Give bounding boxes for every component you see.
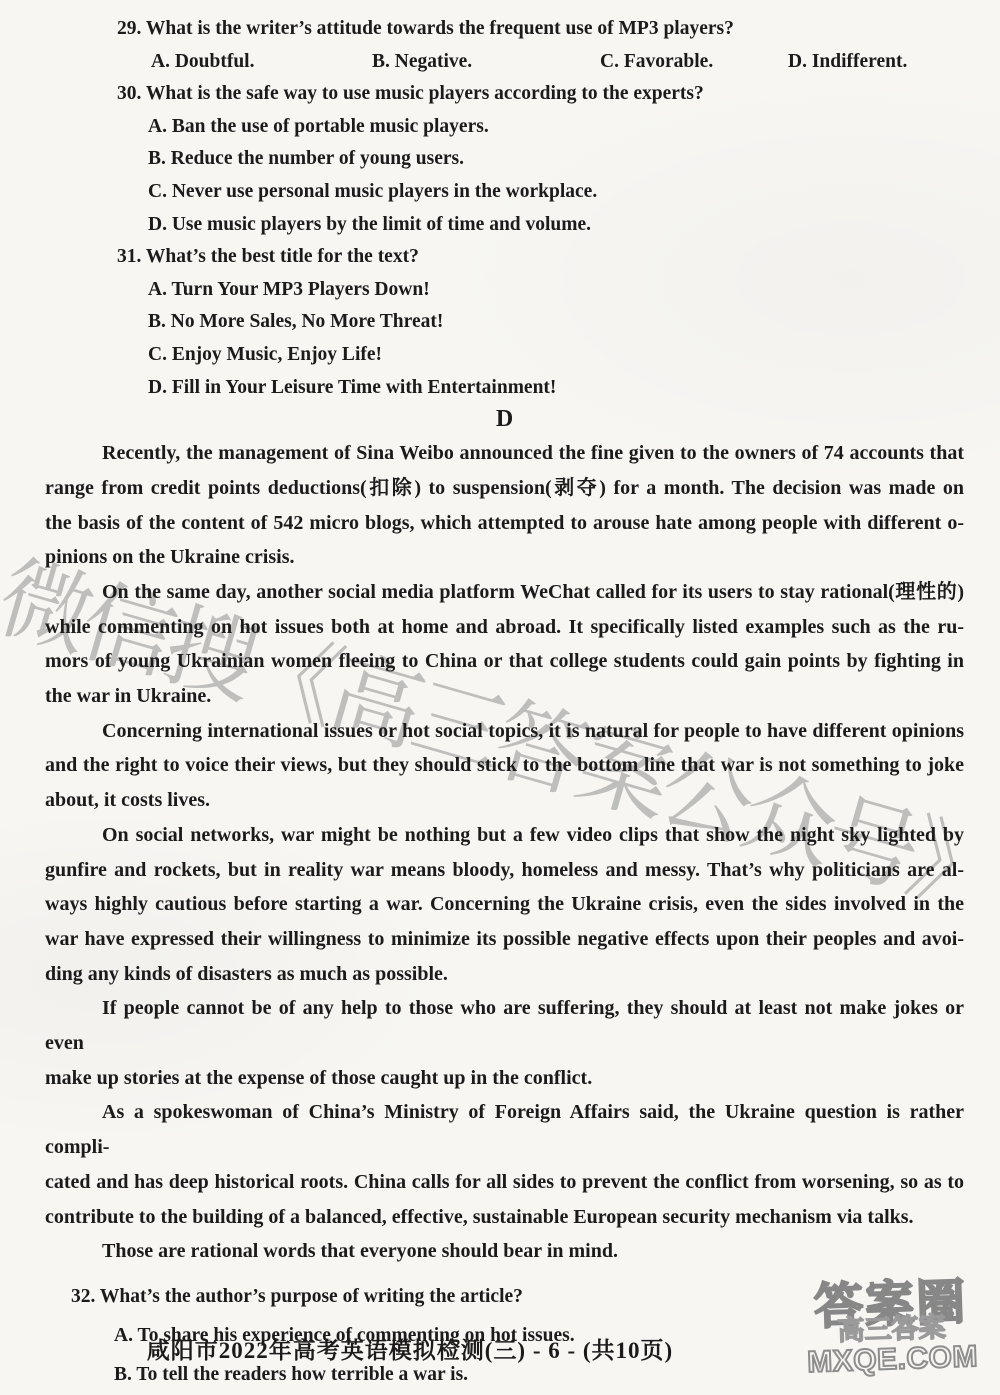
question-31-option-C: C. Enjoy Music, Enjoy Life! [45,339,964,372]
passage-p3-line1: Concerning international issues or hot s… [45,714,964,749]
questions-29-31-block: 29. What is the writer’s attitude toward… [45,13,964,404]
passage-p2-line3: mors of young Ukrainian women fleeing to… [45,644,964,679]
passage-p4-line4: war have expressed their willingness to … [45,922,964,957]
passage-p6-line2: cated and has deep historical roots. Chi… [45,1165,964,1200]
passage-p4-line5: ding any kinds of disasters as much as p… [45,957,964,992]
passage-p3-line2: and the right to voice their views, but … [45,748,964,783]
passage-p4-line2: gunfire and rockets, but in reality war … [45,853,964,888]
passage-p2-line1: On the same day, another social media pl… [45,575,964,610]
passage-p4-line1: On social networks, war might be nothing… [45,818,964,853]
passage-p1-line2: range from credit points deductions(扣除) … [45,471,964,506]
question-30-option-A: A. Ban the use of portable music players… [45,111,964,144]
question-29-options-row: A. Doubtful.B. Negative.C. Favorable.D. … [45,46,964,79]
question-29-option-B: B. Negative. [372,46,600,79]
passage-p6-line1: As a spokeswoman of China’s Ministry of … [45,1095,964,1164]
question-29-option-C: C. Favorable. [600,46,788,79]
question-30-stem: 30. What is the safe way to use music pl… [45,78,964,111]
passage-p4-line3: ways highly cautious before starting a w… [45,887,964,922]
question-29-option-D: D. Indifferent. [788,46,907,79]
question-29-option-A: A. Doubtful. [151,46,372,79]
passage-section-label: D [45,404,964,435]
passage-p1-line1: Recently, the management of Sina Weibo a… [45,436,964,471]
question-30-option-B: B. Reduce the number of young users. [45,143,964,176]
reading-passage-d: Recently, the management of Sina Weibo a… [45,436,964,1269]
question-31-option-A: A. Turn Your MP3 Players Down! [45,274,964,307]
question-31-option-B: B. No More Sales, No More Threat! [45,306,964,339]
page-content: 29. What is the writer’s attitude toward… [0,0,1000,1395]
question-29-stem: 29. What is the writer’s attitude toward… [45,13,964,46]
passage-p6-line3: contribute to the building of a balanced… [45,1200,964,1235]
passage-p1-line3: the basis of the content of 542 micro bl… [45,506,964,541]
passage-p3-line3: about, it costs lives. [45,783,964,818]
passage-p5-line1: If people cannot be of any help to those… [45,991,964,1060]
answer-site-stamp: 答案圈 高三答案 MXQE.COM [787,1276,995,1379]
passage-p2-line4: the war in Ukraine. [45,679,964,714]
passage-p7-line1: Those are rational words that everyone s… [45,1234,964,1269]
question-31-stem: 31. What’s the best title for the text? [45,241,964,274]
question-30-option-D: D. Use music players by the limit of tim… [45,209,964,242]
page-footer: 咸阳市2022年高考英语模拟检测(三) - 6 - (共10页) [0,1332,820,1365]
passage-p1-line4: pinions on the Ukraine crisis. [45,540,964,575]
passage-p2-line2: while commenting on hot issues both at h… [45,610,964,645]
passage-p5-line2: make up stories at the expense of those … [45,1061,964,1096]
question-31-option-D: D. Fill in Your Leisure Time with Entert… [45,372,964,405]
question-30-option-C: C. Never use personal music players in t… [45,176,964,209]
exam-page-scan: 微信搜《高三答案公众号》 29. What is the writer’s at… [0,0,1000,1395]
